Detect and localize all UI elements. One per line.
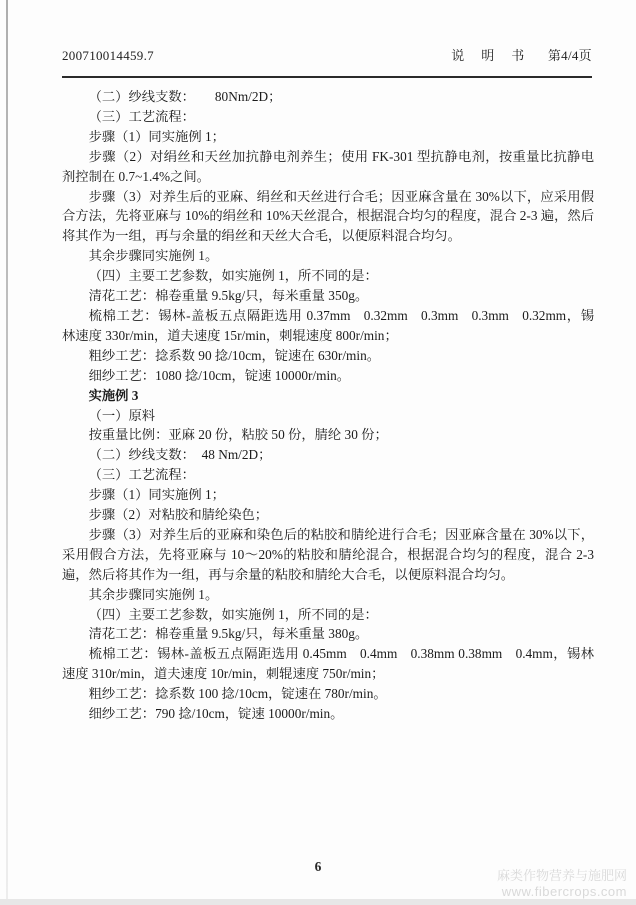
specification-body: （二）纱线支数： 80Nm/2D； （三）工艺流程： 步骤（1）同实施例 1； … (62, 87, 594, 724)
paragraph: 步骤（1）同实施例 1； (62, 485, 594, 505)
header-rule (62, 76, 592, 78)
paragraph: （四）主要工艺参数，如实施例 1，所不同的是： (62, 266, 594, 286)
paragraph: （三）工艺流程： (62, 107, 594, 127)
watermark-url: www.fibercrops.com (497, 884, 627, 900)
patent-specification-page: 200710014459.7 说 明 书 第4/4页 （二）纱线支数： 80Nm… (0, 0, 636, 905)
application-number: 200710014459.7 (62, 48, 154, 64)
page-header: 200710014459.7 说 明 书 第4/4页 (62, 45, 592, 64)
paragraph: 步骤（1）同实施例 1； (62, 127, 594, 147)
paragraph: 细纱工艺：1080 捻/10cm，锭速 10000r/min。 (62, 366, 594, 386)
paragraph: 细纱工艺：790 捻/10cm，锭速 10000r/min。 (62, 704, 594, 724)
scan-edge-left (6, 0, 8, 905)
paragraph: （二）纱线支数： 80Nm/2D； (62, 87, 594, 107)
paragraph: 清花工艺：棉卷重量 9.5kg/只，每米重量 380g。 (62, 624, 594, 644)
paragraph: 梳棉工艺：锡林-盖板五点隔距选用 0.37mm 0.32mm 0.3mm 0.3… (62, 306, 594, 346)
watermark-site-name: 麻类作物营养与施肥网 (497, 868, 627, 884)
paragraph: 梳棉工艺：锡林-盖板五点隔距选用 0.45mm 0.4mm 0.38mm 0.3… (62, 644, 594, 684)
paragraph: （一）原料 (62, 406, 594, 426)
paragraph: 步骤（2）对粘胶和腈纶染色； (62, 505, 594, 525)
paragraph: 按重量比例：亚麻 20 份，粘胶 50 份，腈纶 30 份； (62, 425, 594, 445)
document-title: 说 明 书 (451, 48, 526, 63)
paragraph: 其余步骤同实施例 1。 (62, 585, 594, 605)
paragraph: 粗纱工艺：捻系数 100 捻/10cm，锭速在 780r/min。 (62, 684, 594, 704)
paragraph: 粗纱工艺：捻系数 90 捻/10cm，锭速在 630r/min。 (62, 346, 594, 366)
paragraph: 步骤（2）对绢丝和天丝加抗静电剂养生；使用 FK-301 型抗静电剂，按重量比抗… (62, 147, 594, 187)
paragraph: （四）主要工艺参数，如实施例 1，所不同的是： (62, 605, 594, 625)
paragraph: 其余步骤同实施例 1。 (62, 246, 594, 266)
paragraph: 步骤（3）对养生后的亚麻和染色后的粘胶和腈纶进行合毛；因亚麻含量在 30%以下，… (62, 525, 594, 585)
paragraph: （三）工艺流程： (62, 465, 594, 485)
watermark: 麻类作物营养与施肥网 www.fibercrops.com (497, 868, 627, 900)
embodiment-3-heading: 实施例 3 (62, 386, 594, 406)
paragraph: 清花工艺：棉卷重量 9.5kg/只，每米重量 350g。 (62, 286, 594, 306)
header-right: 说 明 书 第4/4页 (451, 45, 592, 64)
paragraph: （二）纱线支数： 48 Nm/2D； (62, 445, 594, 465)
paragraph: 步骤（3）对养生后的亚麻、绢丝和天丝进行合毛；因亚麻含量在 30%以下，应采用假… (62, 187, 594, 247)
page-info: 第4/4页 (548, 48, 592, 63)
